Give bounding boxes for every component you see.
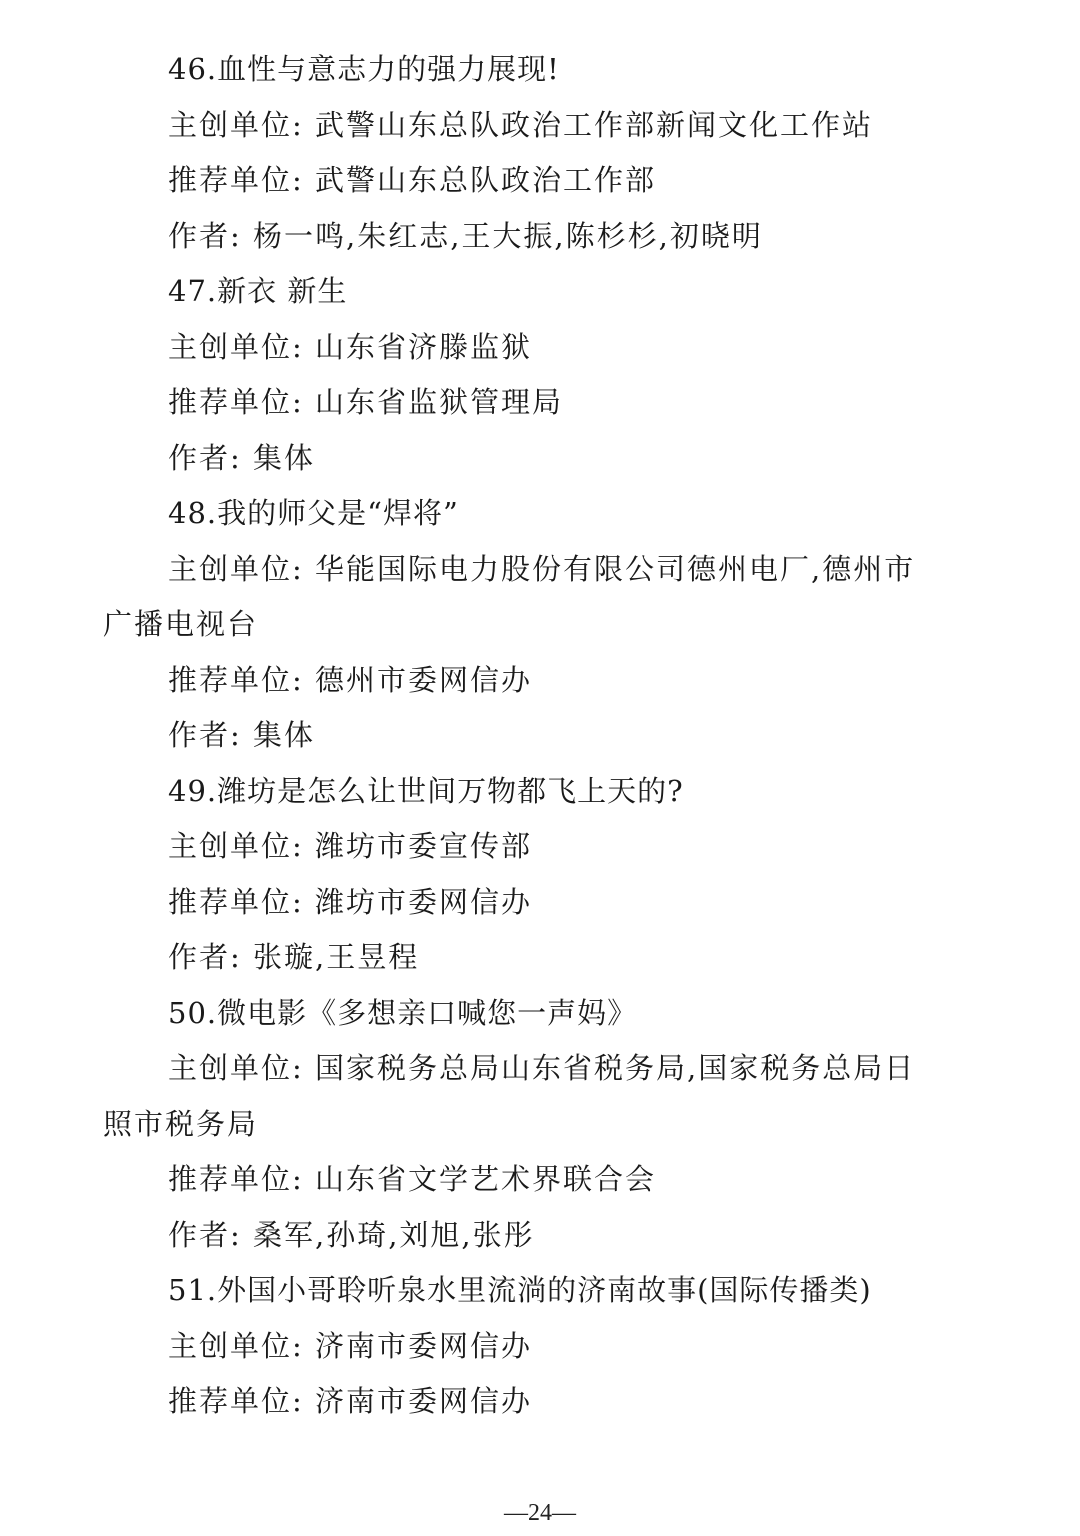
recommender-value: 济南市委网信办 bbox=[315, 1384, 532, 1418]
author-value: 集体 bbox=[253, 441, 315, 475]
recommender-label: 推荐单位: bbox=[168, 163, 304, 197]
producer-label: 主创单位: bbox=[168, 330, 304, 364]
author-label: 作者: bbox=[168, 1218, 242, 1252]
author-value: 杨一鸣,朱红志,王大振,陈杉杉,初晓明 bbox=[253, 219, 763, 253]
author-line: 作者: 集体 bbox=[103, 431, 978, 487]
entry-title: 47.新衣 新生 bbox=[103, 264, 978, 320]
recommender-line: 推荐单位: 山东省文学艺术界联合会 bbox=[103, 1152, 978, 1208]
author-label: 作者: bbox=[168, 219, 242, 253]
recommender-value: 德州市委网信办 bbox=[315, 663, 532, 697]
page-number: —24— bbox=[0, 1500, 1080, 1527]
recommender-label: 推荐单位: bbox=[168, 663, 304, 697]
entry-title: 49.潍坊是怎么让世间万物都飞上天的? bbox=[103, 764, 978, 820]
producer-label: 主创单位: bbox=[168, 829, 304, 863]
recommender-line: 推荐单位: 武警山东总队政治工作部 bbox=[103, 153, 978, 209]
recommender-value: 山东省文学艺术界联合会 bbox=[315, 1162, 656, 1196]
author-line: 作者: 桑军,孙琦,刘旭,张彤 bbox=[103, 1208, 978, 1264]
producer-label: 主创单位: bbox=[168, 1051, 304, 1085]
producer-value: 山东省济滕监狱 bbox=[315, 330, 532, 364]
recommender-label: 推荐单位: bbox=[168, 1162, 304, 1196]
producer-value: 华能国际电力股份有限公司德州电厂,德州市 bbox=[315, 552, 915, 586]
producer-line: 主创单位: 潍坊市委宣传部 bbox=[103, 819, 978, 875]
entry-title: 51.外国小哥聆听泉水里流淌的济南故事(国际传播类) bbox=[103, 1263, 978, 1319]
producer-line: 主创单位: 国家税务总局山东省税务局,国家税务总局日 bbox=[103, 1041, 978, 1097]
recommender-line: 推荐单位: 潍坊市委网信办 bbox=[103, 875, 978, 931]
producer-label: 主创单位: bbox=[168, 1329, 304, 1363]
recommender-value: 潍坊市委网信办 bbox=[315, 885, 532, 919]
producer-value: 济南市委网信办 bbox=[315, 1329, 532, 1363]
producer-value: 潍坊市委宣传部 bbox=[315, 829, 532, 863]
author-line: 作者: 杨一鸣,朱红志,王大振,陈杉杉,初晓明 bbox=[103, 209, 978, 265]
recommender-line: 推荐单位: 德州市委网信办 bbox=[103, 653, 978, 709]
producer-line: 主创单位: 山东省济滕监狱 bbox=[103, 320, 978, 376]
producer-value: 国家税务总局山东省税务局,国家税务总局日 bbox=[315, 1051, 915, 1085]
author-value: 桑军,孙琦,刘旭,张彤 bbox=[253, 1218, 535, 1252]
recommender-line: 推荐单位: 山东省监狱管理局 bbox=[103, 375, 978, 431]
producer-line: 主创单位: 济南市委网信办 bbox=[103, 1319, 978, 1375]
entry-title: 46.血性与意志力的强力展现! bbox=[103, 42, 978, 98]
recommender-line: 推荐单位: 济南市委网信办 bbox=[103, 1374, 978, 1430]
producer-label: 主创单位: bbox=[168, 552, 304, 586]
author-value: 集体 bbox=[253, 718, 315, 752]
recommender-label: 推荐单位: bbox=[168, 385, 304, 419]
author-line: 作者: 集体 bbox=[103, 708, 978, 764]
entry-title: 50.微电影《多想亲口喊您一声妈》 bbox=[103, 986, 978, 1042]
producer-line: 主创单位: 武警山东总队政治工作部新闻文化工作站 bbox=[103, 98, 978, 154]
entry-title: 48.我的师父是“焊将” bbox=[103, 486, 978, 542]
author-label: 作者: bbox=[168, 718, 242, 752]
recommender-label: 推荐单位: bbox=[168, 885, 304, 919]
producer-value: 武警山东总队政治工作部新闻文化工作站 bbox=[315, 108, 873, 142]
producer-line: 主创单位: 华能国际电力股份有限公司德州电厂,德州市 bbox=[103, 542, 978, 598]
recommender-value: 山东省监狱管理局 bbox=[315, 385, 563, 419]
producer-continuation: 广播电视台 bbox=[103, 597, 978, 653]
author-value: 张璇,王昱程 bbox=[253, 940, 419, 974]
author-label: 作者: bbox=[168, 441, 242, 475]
recommender-value: 武警山东总队政治工作部 bbox=[315, 163, 656, 197]
author-label: 作者: bbox=[168, 940, 242, 974]
document-page: 46.血性与意志力的强力展现! 主创单位: 武警山东总队政治工作部新闻文化工作站… bbox=[103, 42, 978, 1430]
author-line: 作者: 张璇,王昱程 bbox=[103, 930, 978, 986]
recommender-label: 推荐单位: bbox=[168, 1384, 304, 1418]
producer-continuation: 照市税务局 bbox=[103, 1097, 978, 1153]
producer-label: 主创单位: bbox=[168, 108, 304, 142]
